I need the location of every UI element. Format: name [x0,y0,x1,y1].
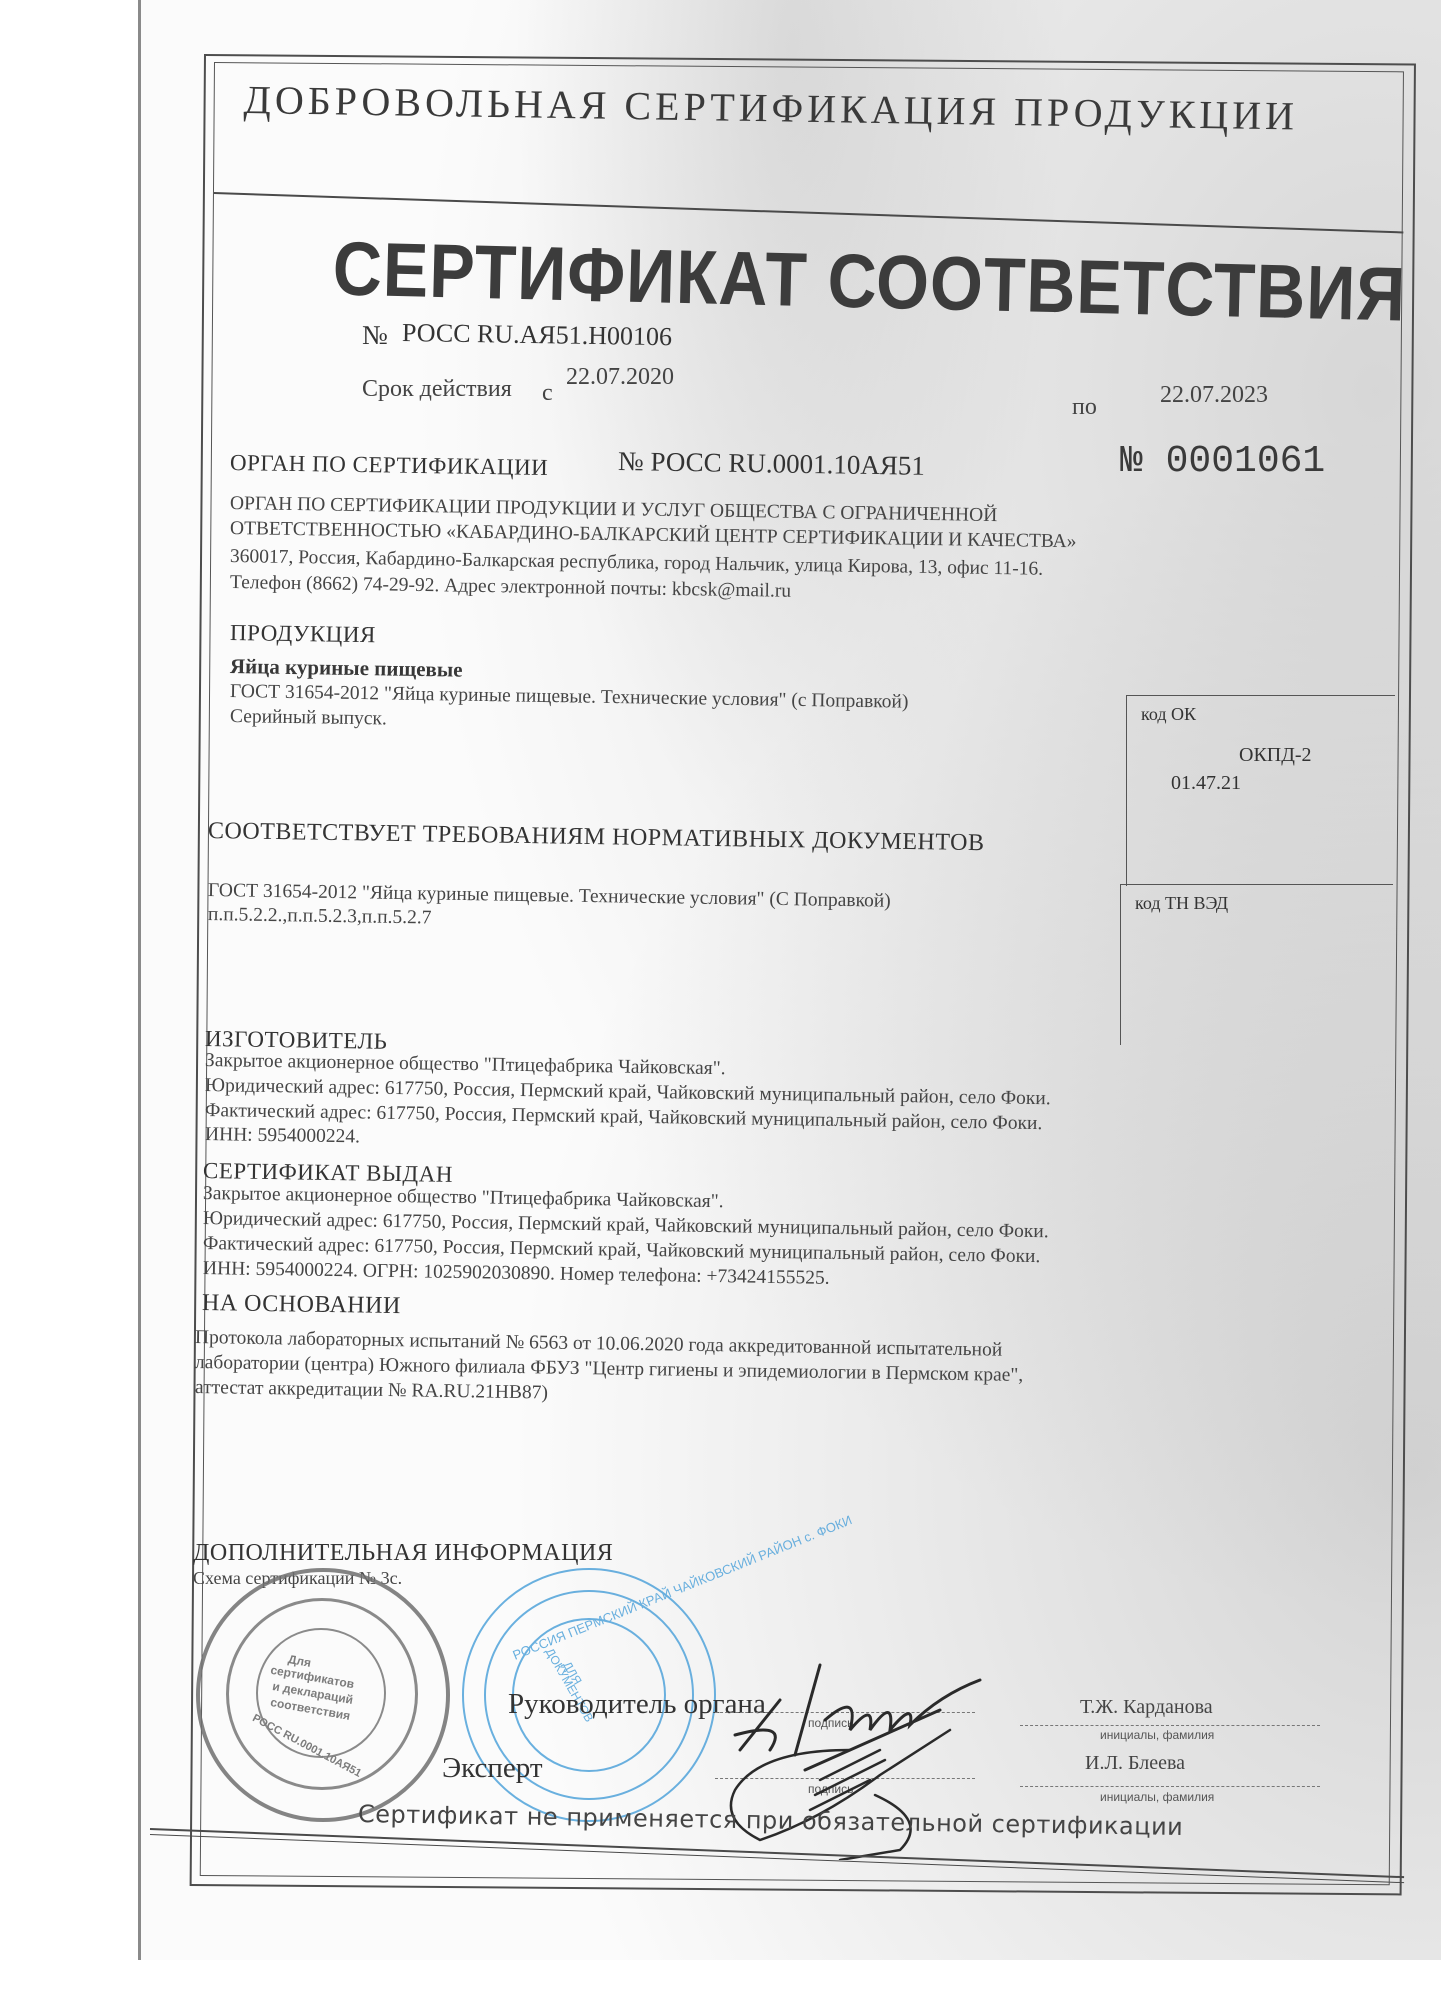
manufacturer-line: ИНН: 5954000224. [205,1124,360,1148]
valid-to-date: 22.07.2023 [1160,382,1268,409]
additional-info-heading: ДОПОЛНИТЕЛЬНАЯ ИНФОРМАЦИЯ [193,1540,613,1567]
head-name: Т.Ж. Карданова [1080,1696,1213,1719]
product-line: Серийный выпуск. [230,706,387,730]
expert-label: Эксперт [442,1752,543,1785]
okpd-classifier: ОКПД-2 [1239,744,1312,767]
validity-from-label: с [542,380,553,407]
head-name-line [1020,1725,1320,1726]
expert-name: И.Л. Блеева [1085,1752,1185,1775]
product-name: Яйца куриные пищевые [230,654,463,683]
basis-heading: НА ОСНОВАНИИ [202,1290,401,1320]
cert-body-reg-number: № РОСС RU.0001.10АЯ51 [618,446,925,482]
cert-body-heading: ОРГАН ПО СЕРТИФИКАЦИИ [230,450,549,481]
okpd-code-value: 01.47.21 [1171,772,1241,795]
certifier-stamp: Для сертификатов и деклараций соответств… [196,1568,450,1822]
tnved-code-box: код ТН ВЭД [1120,884,1393,1045]
certificate-number-label: № [362,320,388,351]
product-heading: ПРОДУКЦИЯ [230,620,376,648]
okpd-code-label: код ОК [1141,704,1196,725]
tnved-code-label: код ТН ВЭД [1135,893,1228,914]
expert-name-caption: инициалы, фамилия [1100,1790,1214,1804]
validity-label: Срок действия [362,376,512,403]
valid-from-date: 22.07.2020 [566,364,674,391]
conformity-line: п.п.5.2.2.,п.п.5.2.3,п.п.5.2.7 [208,904,432,930]
validity-to-label: по [1072,394,1097,421]
certificate-number: РОСС RU.АЯ51.Н00106 [402,318,673,352]
okpd-code-box: код ОК ОКПД-2 01.47.21 [1126,695,1395,886]
blank-number: № 0001061 [1120,440,1325,483]
head-name-caption: инициалы, фамилия [1100,1728,1214,1742]
expert-name-line [1020,1786,1320,1787]
